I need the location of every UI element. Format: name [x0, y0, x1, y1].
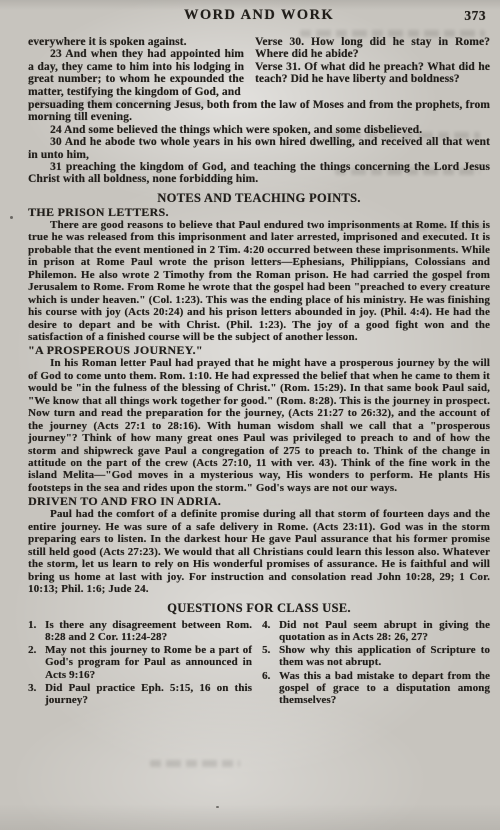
question-item: 6. Was this a bad mistake to depart from…	[262, 670, 490, 707]
question-number: 1.	[28, 619, 45, 644]
verse-question: Verse 30. How long did he stay in Rome? …	[255, 36, 490, 61]
question-text: Was this a bad mistake to depart from th…	[279, 670, 490, 707]
notes-section-prison-letters: THE PRISON LETTERS. There are good reaso…	[28, 206, 490, 344]
verse-paragraph: 24 And some believed the things which we…	[28, 124, 490, 136]
top-two-column-section: everywhere it is spoken against. 23 And …	[28, 36, 490, 98]
question-item: 5. Show why this application of Scriptur…	[262, 644, 490, 669]
question-number: 4.	[262, 619, 279, 644]
questions-heading: QUESTIONS FOR CLASS USE.	[28, 601, 490, 615]
question-column-right: Verse 30. How long did he stay in Rome? …	[255, 36, 490, 98]
ink-speck	[216, 806, 219, 808]
question-text: Is there any disagreement between Rom. 8…	[45, 619, 252, 644]
questions-two-column-list: 1. Is there any disagreement between Rom…	[28, 618, 490, 707]
verse-question: Verse 31. Of what did he preach? What di…	[255, 61, 490, 86]
questions-column-left: 1. Is there any disagreement between Rom…	[28, 618, 252, 707]
section-body: Paul had the comfort of a definite promi…	[28, 508, 490, 595]
notes-heading: NOTES AND TEACHING POINTS.	[28, 191, 490, 205]
verse-paragraph: 31 preaching the kingdom of God, and tea…	[28, 161, 490, 186]
question-number: 6.	[262, 670, 279, 707]
section-heading: DRIVEN TO AND FRO IN ADRIA.	[28, 495, 490, 508]
ink-bleed-smudge	[150, 760, 240, 767]
question-item: 4. Did not Paul seem abrupt in giving th…	[262, 619, 490, 644]
verse-paragraph: 23 And when they had appointed him a day…	[28, 48, 244, 98]
question-number: 3.	[28, 682, 45, 707]
notes-section-driven-in-adria: DRIVEN TO AND FRO IN ADRIA. Paul had the…	[28, 495, 490, 595]
question-text: Did not Paul seem abrupt in giving the q…	[279, 619, 490, 644]
verse-paragraph: persuading them concerning Jesus, both f…	[28, 99, 490, 124]
question-item: 2. May not this journey to Rome be a par…	[28, 644, 252, 681]
verse-column-left: everywhere it is spoken against. 23 And …	[28, 36, 244, 98]
full-width-verses: persuading them concerning Jesus, both f…	[28, 99, 490, 186]
verse-paragraph: everywhere it is spoken against.	[28, 36, 244, 48]
question-text: Show why this application of Scripture t…	[279, 644, 490, 669]
question-item: 3. Did Paul practice Eph. 5:15, 16 on th…	[28, 682, 252, 707]
section-body: There are good reasons to believe that P…	[28, 219, 490, 344]
page-content: WORD AND WORK 373 everywhere it is spoke…	[0, 0, 500, 707]
scanned-magazine-page: WORD AND WORK 373 everywhere it is spoke…	[0, 0, 500, 830]
notes-section-prosperous-journey: "A PROSPEROUS JOURNEY." In his Roman let…	[28, 344, 490, 494]
question-number: 2.	[28, 644, 45, 681]
section-body: In his Roman letter Paul had prayed that…	[28, 357, 490, 494]
page-title: WORD AND WORK	[184, 7, 334, 23]
questions-column-right: 4. Did not Paul seem abrupt in giving th…	[262, 618, 490, 707]
page-number: 373	[464, 8, 486, 24]
question-number: 5.	[262, 644, 279, 669]
verse-paragraph: 30 And he abode two whole years in his o…	[28, 136, 490, 161]
question-text: May not this journey to Rome be a part o…	[45, 644, 252, 681]
section-heading: THE PRISON LETTERS.	[28, 206, 490, 219]
question-text: Did Paul practice Eph. 5:15, 16 on this …	[45, 682, 252, 707]
question-item: 1. Is there any disagreement between Rom…	[28, 619, 252, 644]
page-header: WORD AND WORK 373	[28, 7, 490, 23]
section-heading: "A PROSPEROUS JOURNEY."	[28, 344, 490, 357]
